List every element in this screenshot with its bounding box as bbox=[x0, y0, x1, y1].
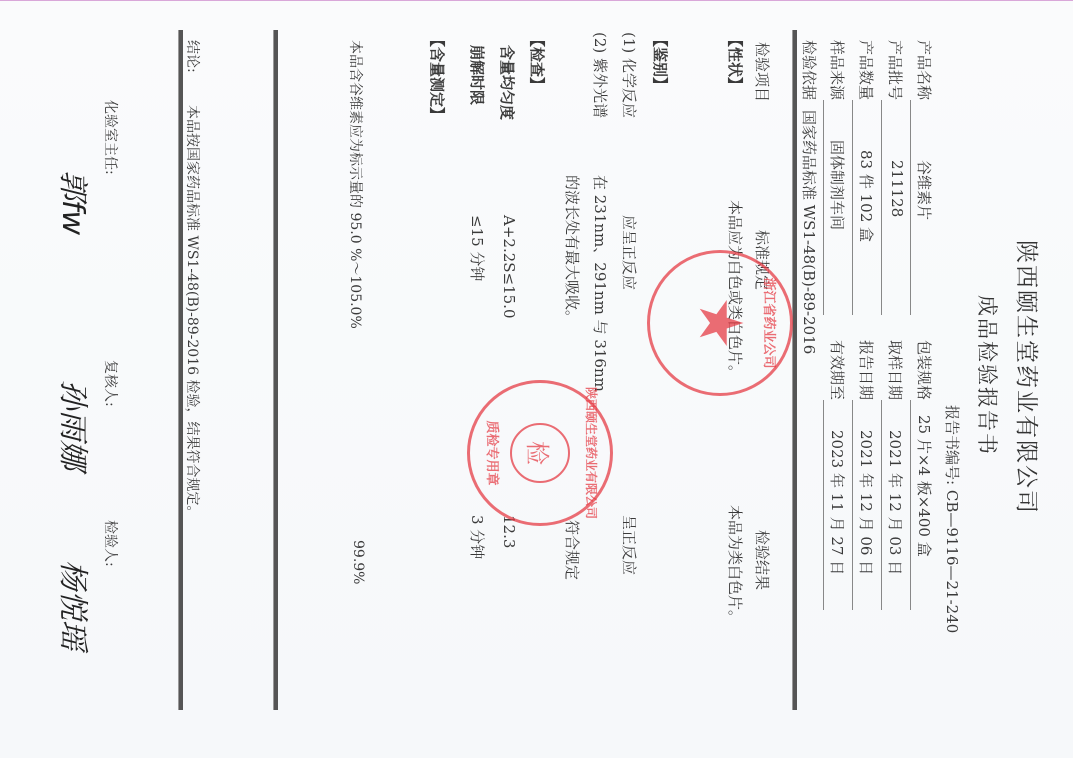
standard-assay: 本品含谷维素应为标示量的 95.0 %～105.0% bbox=[346, 40, 366, 329]
expiry-label: 有效期至 bbox=[827, 340, 848, 400]
standard-disintegration: ≤15 分钟 bbox=[467, 215, 488, 281]
star-icon: ★ bbox=[690, 296, 750, 350]
quantity-label: 产品数量 bbox=[856, 40, 877, 100]
source-value: 固体制剂车间 bbox=[827, 140, 848, 230]
section-divider bbox=[273, 30, 278, 710]
underline bbox=[881, 100, 882, 315]
result-assay: 99.9% bbox=[350, 540, 366, 584]
report-date-label: 报告日期 bbox=[856, 340, 877, 400]
result-uv-spectrum: 符合规定 bbox=[562, 520, 583, 580]
underline bbox=[823, 100, 824, 315]
report-date-value: 2021 年 12 月 06 日 bbox=[856, 430, 877, 575]
col-item-header: 检验项目 bbox=[752, 42, 773, 102]
inspector-label: 检验人: bbox=[101, 520, 121, 567]
underline bbox=[852, 100, 853, 315]
stamp-bottom-text: 质检专用章 bbox=[484, 383, 503, 523]
underline bbox=[910, 100, 911, 315]
underline bbox=[881, 400, 882, 610]
source-label: 样品来源 bbox=[827, 40, 848, 100]
sampling-date-value: 2021 年 12 月 03 日 bbox=[885, 430, 906, 575]
standard-uv-spectrum-2: 的波长处有最大吸收。 bbox=[562, 175, 583, 325]
report-number-label: 报告书编号: bbox=[943, 405, 961, 485]
package-label: 包装规格 bbox=[914, 340, 935, 400]
product-name-label: 产品名称 bbox=[914, 40, 935, 100]
underline bbox=[910, 400, 911, 610]
item-content-uniformity: 含量均匀度 bbox=[497, 45, 518, 120]
report-title: 成品检验报告书 bbox=[973, 295, 1003, 456]
quantity-value: 83 件 102 盒 bbox=[856, 150, 877, 242]
sampling-date-label: 取样日期 bbox=[885, 340, 906, 400]
conclusion-label: 结论: bbox=[183, 40, 203, 73]
standard-content-uniformity: A+2.2S≤15.0 bbox=[500, 215, 518, 319]
basis-label: 检验依据 bbox=[799, 40, 820, 100]
inspection-seal-icon: 检 bbox=[510, 423, 570, 483]
scan-edge-line bbox=[0, 0, 1073, 1]
director-signature: 郭fw bbox=[54, 170, 98, 235]
col-result-header: 检验结果 bbox=[752, 530, 773, 590]
reviewer-signature: 孙雨娜 bbox=[54, 380, 98, 470]
reviewer-label: 复核人: bbox=[101, 360, 121, 407]
conclusion-text: 本品按国家药品标准 WS1-48(B)-89-2016 检验，结果符合规定。 bbox=[183, 105, 203, 519]
stamp-ring-text: 浙江省药业公司 bbox=[761, 253, 780, 393]
director-label: 化验室主任: bbox=[101, 100, 121, 175]
company-name: 陕西颐生堂药业有限公司 bbox=[1012, 240, 1045, 515]
batch-value: 211128 bbox=[888, 160, 906, 217]
item-inspection: 【检查】 bbox=[527, 32, 548, 92]
product-name-value: 谷维素片 bbox=[914, 160, 935, 220]
item-identification: 【鉴别】 bbox=[650, 32, 671, 92]
report-number-value: CB—9116—21-240 bbox=[943, 490, 961, 633]
item-appearance: 【性状】 bbox=[725, 32, 746, 92]
inspector-signature: 杨悦瑶 bbox=[54, 560, 98, 650]
result-chemical-reaction: 呈正反应 bbox=[619, 515, 640, 575]
underline bbox=[852, 400, 853, 610]
expiry-value: 2023 年 11 月 27 日 bbox=[827, 430, 848, 575]
item-assay: 【含量测定】 bbox=[427, 32, 448, 122]
section-divider bbox=[792, 30, 797, 710]
underline bbox=[823, 400, 824, 610]
report-number: 报告书编号: CB—9116—21-240 bbox=[942, 405, 963, 633]
item-disintegration: 崩解时限 bbox=[467, 45, 488, 105]
result-appearance: 本品为类白色片。 bbox=[725, 505, 746, 625]
report-page: 陕西颐生堂药业有限公司 成品检验报告书 报告书编号: CB—9116—21-24… bbox=[0, 0, 1073, 758]
section-divider bbox=[178, 30, 183, 710]
standard-uv-spectrum: 在 231nm、291nm 与 316nm bbox=[590, 175, 611, 392]
stamp-ring-text: 陕西颐生堂药业有限公司 bbox=[583, 383, 600, 523]
quality-inspection-stamp: 陕西颐生堂药业有限公司 检 质检专用章 bbox=[467, 380, 613, 526]
item-uv-spectrum: (2) 紫外光谱 bbox=[590, 32, 611, 118]
standard-chemical-reaction: 应呈正反应 bbox=[619, 215, 640, 290]
package-value: 25 片×4 板×400 盒 bbox=[914, 415, 935, 557]
basis-value: 国家药品标准 WS1-48(B)-89-2016 bbox=[799, 110, 820, 354]
item-chemical-reaction: (1) 化学反应 bbox=[619, 32, 640, 118]
company-seal-stamp: 浙江省药业公司 ★ bbox=[647, 250, 793, 396]
batch-label: 产品批号 bbox=[885, 40, 906, 100]
